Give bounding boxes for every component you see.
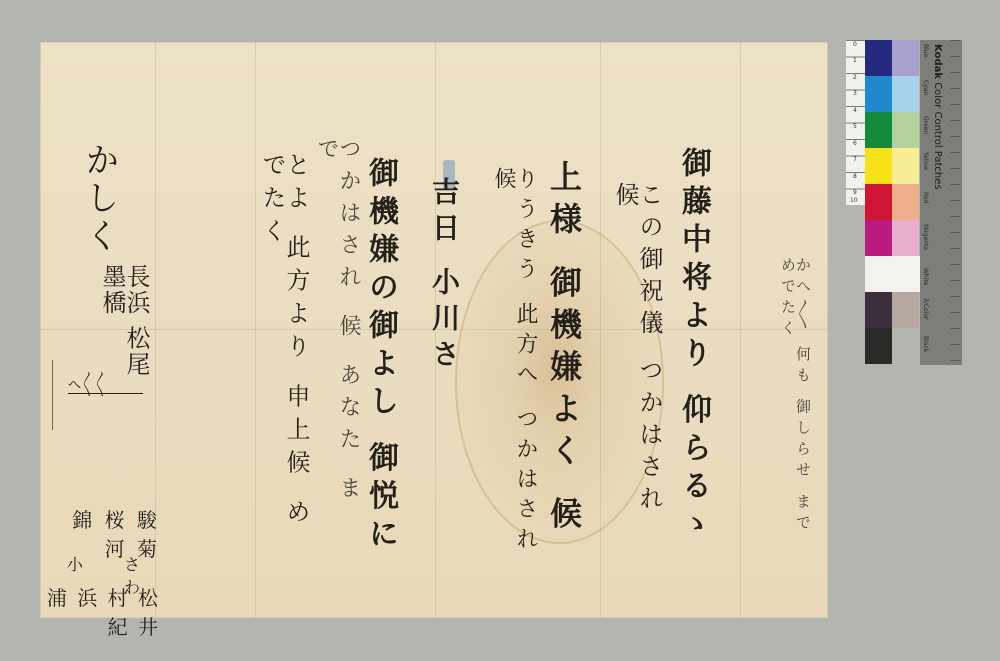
text-column: 御藤中将より 仰らるゝ <box>678 147 708 587</box>
patch-label: Blue <box>922 44 929 57</box>
ruler-number: 9 <box>853 189 857 196</box>
color-patch-yellow-light <box>892 148 919 184</box>
closing-kashiku: かしく <box>82 142 116 272</box>
patch-label: Yellow <box>922 152 929 170</box>
strip-ruler-ticks <box>950 40 960 365</box>
senders-names: 長浜 松尾 墨橋 <box>68 264 148 384</box>
label-strip: Kodak Color Control Patches Blue Cyan Gr… <box>920 40 962 365</box>
patch-label: Black <box>922 336 929 352</box>
text-column: 御機嫌の御よし 御悦に <box>365 157 395 577</box>
patch-label: Red <box>922 192 929 203</box>
color-patch-cyan-light <box>892 76 919 112</box>
text-column: この御祝儀 つかはされ 候 <box>613 182 661 562</box>
target-title: Color Control Patches <box>932 82 943 189</box>
color-patch-green-light <box>892 112 919 148</box>
color-patch-magenta-dark <box>865 220 892 256</box>
color-patch-black-dark <box>865 328 892 364</box>
color-patches <box>865 40 920 365</box>
text-column: 吉日 小川さ <box>430 177 458 377</box>
postscript-column: かへ〳〵 何も 御しらせ まで めでたく <box>780 257 810 557</box>
color-patch-3-color-light <box>892 292 919 328</box>
text-column: つかはされ 候 あなた まで <box>315 137 359 537</box>
ruler-number: 4 <box>853 107 857 114</box>
kodak-brand: Kodak <box>932 44 943 79</box>
kodak-title: Kodak Color Control Patches <box>932 44 943 190</box>
patch-label: Magenta <box>922 224 929 250</box>
ruler-number: 6 <box>853 140 857 147</box>
patch-label: Cyan <box>922 80 929 95</box>
patch-label: Green <box>922 116 929 134</box>
ruler-number: 5 <box>853 123 857 130</box>
color-patch-blue-light <box>892 40 919 76</box>
cm-ruler: 0 1 2 3 4 5 6 7 8 9 10 <box>846 40 866 205</box>
ruler-number: 0 <box>853 41 857 48</box>
ruler-number: 2 <box>853 74 857 81</box>
letter-paper: かへ〳〵 何も 御しらせ まで めでたく 御藤中将より 仰らるゝ この御祝儀 つ… <box>40 42 828 618</box>
color-patch-red-dark <box>865 184 892 220</box>
color-patch-3-color-dark <box>865 292 892 328</box>
thin-line-mark <box>52 360 53 430</box>
color-patch-magenta-light <box>892 220 919 256</box>
fold-line <box>255 42 256 618</box>
senders-repeat-marks: へ〳〵〳〵 <box>68 374 143 394</box>
color-patch-cyan-dark <box>865 76 892 112</box>
addressees-bottom: 浦 浜 村 松 紀 井 <box>40 582 160 640</box>
text-column: 上様 御機嫌よく 候 <box>548 160 580 580</box>
color-patch-black-light <box>892 328 919 364</box>
ruler-number: 1 <box>853 57 857 64</box>
color-patch-red-light <box>892 184 919 220</box>
ruler-number: 7 <box>853 156 857 163</box>
ruler-number: 10 <box>850 197 858 204</box>
ruler-number: 3 <box>853 90 857 97</box>
patch-label: 3/Color <box>922 298 929 320</box>
ruler-number: 8 <box>853 173 857 180</box>
text-column: とよ 此方より 申上候 めでたく <box>260 152 308 552</box>
patch-label: White <box>922 268 929 285</box>
color-patch-green-dark <box>865 112 892 148</box>
color-patch-blue-dark <box>865 40 892 76</box>
color-patch-yellow-dark <box>865 148 892 184</box>
kodak-color-target: 0 1 2 3 4 5 6 7 8 9 10 Kodak Color Contr… <box>846 40 962 365</box>
text-column: りうきう 此方へ つかはされ 候 <box>492 167 536 567</box>
fold-line <box>740 42 741 618</box>
color-patch-white <box>865 256 920 292</box>
